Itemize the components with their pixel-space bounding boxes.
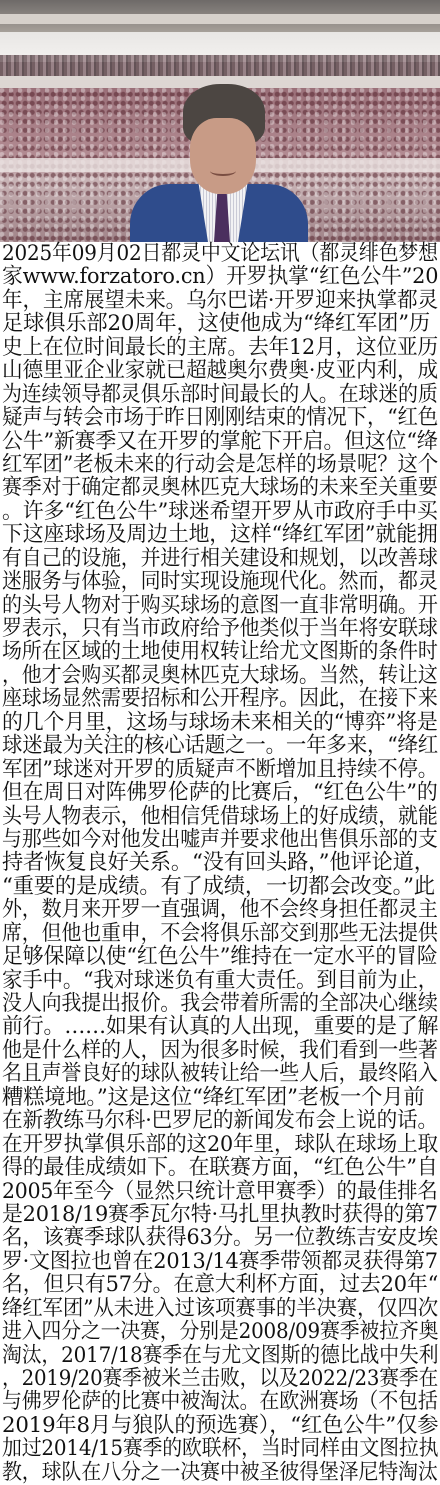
article-line: ，2019/20赛季被米兰击败，以及2022/23赛季在 [2, 1367, 407, 1390]
article-line: 有自己的设施，并进行相关建设和规划，以改善球 [2, 547, 411, 570]
article-line: 在开罗执掌俱乐部的这20年里，球队在球场上取 [2, 1133, 425, 1156]
article-line: 名，但只有57分。在意大利杯方面，过去20年“ [2, 1273, 430, 1296]
article-line: 头号人物表示，他相信凭借球场上的好成绩，就能 [2, 805, 411, 828]
face [190, 118, 256, 194]
article-line: 为连续领导都灵俱乐部时间最长的人。在球迷的质 [2, 383, 411, 406]
article-line: 进入四分之一决赛，分别是2008/09赛季被拉齐奥 [2, 1320, 409, 1343]
article-line: 在新教练马尔科·巴罗尼的新闻发布会上说的话。 [2, 1109, 425, 1132]
article-line: 与佛罗伦萨的比赛中被淘汰。在欧洲赛场（不包括 [2, 1390, 411, 1413]
article-line: 场所在区域的土地使用权转让给尤文图斯的条件时 [2, 640, 411, 663]
article-line: 迷服务与体验，同时实现设施现代化。然而，都灵 [2, 570, 411, 593]
article-line: 山德里亚企业家就已超越奥尔费奥·皮亚内利，成 [2, 359, 425, 382]
article-line: 疑声与转会市场于昨日刚刚结束的情况下，“红色 [2, 406, 421, 429]
article-line: 红军团”老板未来的行动会是怎样的场景呢？这个 [2, 453, 421, 476]
article-line: 赛季对于确定都灵奥林匹克大球场的未来至关重要 [2, 476, 411, 499]
article-line: 军团”球迷对开罗的质疑声不断增加且持续不停。 [2, 758, 421, 781]
article-line: 足够保障以使“红色公牛”维持在一定水平的冒险 [2, 945, 430, 968]
article-line: 下这座球场及周边土地，这样“绛红军团”就能拥 [2, 523, 430, 546]
article-line: 是2018/19赛季瓦尔特·马扎里执教时获得的第7 [2, 1203, 429, 1226]
article-line: 罗表示，只有当市政府给予他类似于当年将安联球 [2, 617, 411, 640]
president-figure [130, 84, 310, 242]
article-line: 家手中。“我对球迷负有重大责任。到目前为止， [2, 969, 421, 992]
article-line: 名，该赛季球队获得63分。另一位教练吉安皮埃 [2, 1226, 425, 1249]
article-line: 外，数月来开罗一直强调，他不会终身担任都灵主 [2, 898, 411, 921]
article-line: 绛红军团”从未进入过该项赛事的半决赛，仅四次 [2, 1297, 421, 1320]
article-line: 罗·文图拉也曾在2013/14赛季带领都灵获得第7 [2, 1250, 429, 1273]
article-line: 教，球队在八分之一决赛中被圣彼得堡泽尼特淘汰 [2, 1461, 411, 1484]
article-line: 没人向我提出报价。我会带着所需的全部决心继续 [2, 992, 411, 1015]
article-line: 加过2014/15赛季的欧联杯，当时同样由文图拉执 [2, 1437, 409, 1460]
article-line: 史上在位时间最长的主席。去年12月，这位亚历 [2, 336, 425, 359]
article-line: 球迷最为关注的核心话题之一。一年多来，“绛红 [2, 734, 421, 757]
article-line: 座球场显然需要招标和公开程序。因此，在接下来 [2, 687, 411, 710]
article-line: 年，主席展望未来。乌尔巴诺·开罗迎来执掌都灵 [2, 289, 425, 312]
article-line: 他是什么样的人，因为很多时候，我们看到一些著 [2, 1039, 411, 1062]
stadium-upper-tier-crowd [0, 55, 440, 77]
article-body: 2025年09月02日都灵中文论坛讯（都灵绯色梦想 家www.forzatoro… [2, 242, 440, 1484]
article-line: 。许多“红色公牛”球迷希望开罗从市政府手中买 [2, 500, 430, 523]
article-line: “重要的是成绩。有了成绩，一切都会改变。”此 [2, 875, 438, 898]
article-line: 但在周日对阵佛罗伦萨的比赛后，“红色公牛”的 [2, 781, 430, 804]
article-line: 名且声誉良好的球队被转让给一些人后，最终陷入 [2, 1062, 411, 1085]
article-line: 与那些如今对他发出嘘声并要求他出售俱乐部的支 [2, 828, 411, 851]
stadium-roof-beam [0, 14, 440, 24]
article-line: 糟糕境地。”这是这位“绛红军团”老板一个月前 [2, 1086, 438, 1109]
article-line: 家www.forzatoro.cn）开罗执掌“红色公牛”20 [2, 265, 428, 288]
article-line: 淘汰，2017/18赛季在与尤文图斯的德比战中失利 [2, 1344, 409, 1367]
article-line: 的几个月里，这场与球场未来相关的“博弈”将是 [2, 711, 430, 734]
smile [210, 166, 236, 176]
article-line: 的头号人物对于购买球场的意图一直非常明确。开 [2, 594, 411, 617]
article-line: 足球俱乐部20周年，这使他成为“绛红军团”历 [2, 312, 438, 335]
article-line: 前行。……如果有认真的人出现，重要的是了解 [2, 1015, 431, 1038]
article-line: ，他才会购买都灵奥林匹克大球场。当然，转让这 [2, 664, 411, 687]
article-line: 持者恢复良好关系。“没有回头路，”他评论道， [2, 851, 438, 874]
article-line: 2019年8月与狼队的预选赛），“红色公牛”仅参 [2, 1414, 438, 1437]
article-photo [0, 0, 440, 242]
article-line: 公牛”新赛季又在开罗的掌舵下开启。但这位“绛 [2, 430, 430, 453]
article-line: 2005年至今（显然只统计意甲赛季）的最佳排名 [2, 1180, 420, 1203]
article-line: 得的最佳成绩如下。在联赛方面，“红色公牛”自 [2, 1156, 430, 1179]
article-line: 2025年09月02日都灵中文论坛讯（都灵绯色梦想 [2, 242, 410, 265]
article-line: 席，但他也重申，不会将俱乐部交到那些无法提供 [2, 922, 411, 945]
